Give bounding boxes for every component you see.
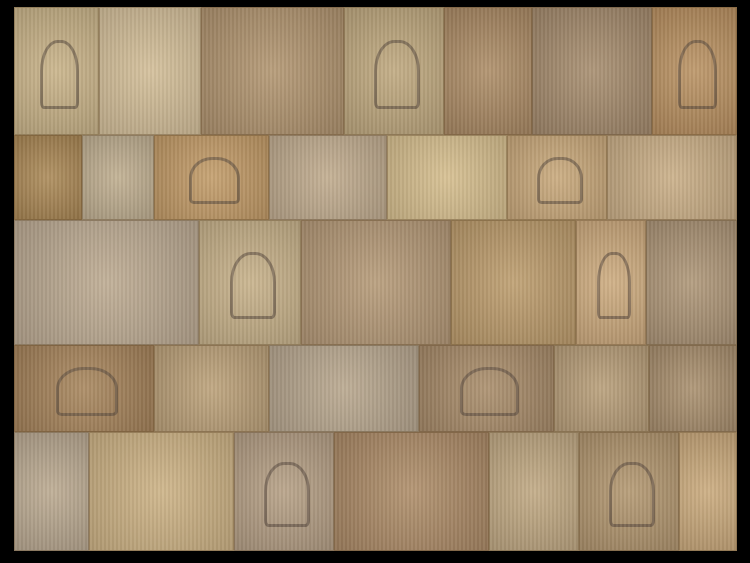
- rug-patch: [387, 135, 507, 220]
- rug-patch: [14, 220, 199, 345]
- rug-patch: [679, 432, 737, 551]
- rug-patch: [451, 220, 576, 345]
- rug-patch: [334, 432, 489, 551]
- rug-patch: [199, 220, 301, 345]
- rug-patch: [14, 135, 82, 220]
- rug-patch: [14, 432, 89, 551]
- rug-patch: [269, 135, 387, 220]
- rug-patch: [646, 220, 737, 345]
- rug-patch: [507, 135, 607, 220]
- rug-patch: [419, 345, 554, 432]
- rug-patch: [579, 432, 679, 551]
- rug-patch: [82, 135, 154, 220]
- rug-patch: [89, 432, 234, 551]
- rug-patch: [201, 7, 344, 135]
- rug-patch: [489, 432, 579, 551]
- rug-patch: [344, 7, 444, 135]
- rug-patch: [576, 220, 646, 345]
- rug-patch: [14, 7, 99, 135]
- rug-patch: [607, 135, 737, 220]
- rug-patch: [154, 135, 269, 220]
- rug-patch: [14, 345, 154, 432]
- rug-patch: [154, 345, 269, 432]
- rug-patch: [99, 7, 201, 135]
- rug-patch: [444, 7, 532, 135]
- rug-patch: [554, 345, 649, 432]
- patchwork-rug: [14, 7, 737, 551]
- rug-patch: [234, 432, 334, 551]
- rug-patch: [532, 7, 652, 135]
- rug-patch: [269, 345, 419, 432]
- rug-patch: [301, 220, 451, 345]
- rug-patch: [652, 7, 737, 135]
- rug-patch: [649, 345, 737, 432]
